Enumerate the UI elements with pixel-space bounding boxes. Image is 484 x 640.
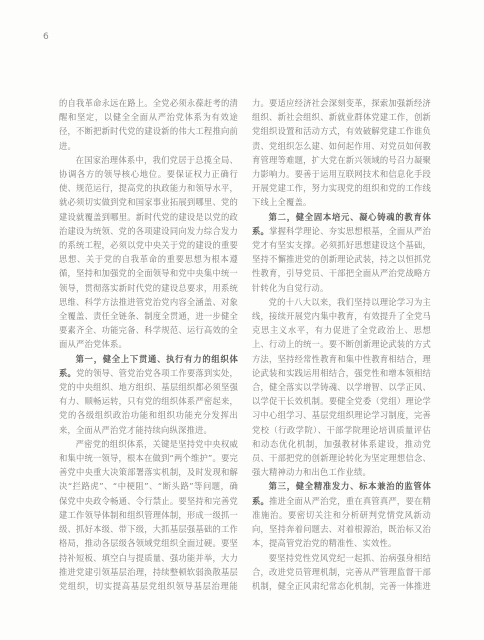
paragraph: 的自我革命永远在路上。全党必须永葆赶考的清醒和坚定，以健全全面从严治党体系为有效… [59, 96, 238, 153]
paragraph: 第一，健全上下贯通、执行有力的组织体系。党的领导、管党治党各项工作要落到实处，党… [59, 352, 238, 437]
paragraph: 第二，健全固本培元、凝心铸魂的教育体系。掌握科学理论、夯实思想根基，全面从严治党… [252, 210, 431, 295]
document-page: 6 的自我革命永远在路上。全党必须永葆赶考的清醒和坚定，以健全全面从严治党体系为… [0, 0, 484, 640]
paragraph: 在国家治理体系中，我们党居于总揽全局、协调各方的领导核心地位。要保证权力正确行使… [59, 153, 238, 352]
article-two-column-body: 的自我革命永远在路上。全党必须永葆赶考的清醒和坚定，以健全全面从严治党体系为有效… [59, 96, 431, 594]
paragraph-lead: 第三，健全精准发力、标本兼治的监管体系。 [252, 481, 431, 505]
paragraph-lead: 第一，健全上下贯通、执行有力的组织体系。 [59, 354, 238, 378]
paragraph: 党的十八大以来，我们坚持以理论学习为主线，接续开展党内集中教育，有效提升了全党马… [252, 295, 431, 480]
paragraph-lead: 第二，健全固本培元、凝心铸魂的教育体系。 [252, 212, 431, 236]
paragraph: 第三，健全精准发力、标本兼治的监管体系。推进全面从严治党，重在真管真严，要在精准… [252, 479, 431, 550]
page-number: 6 [43, 32, 49, 42]
